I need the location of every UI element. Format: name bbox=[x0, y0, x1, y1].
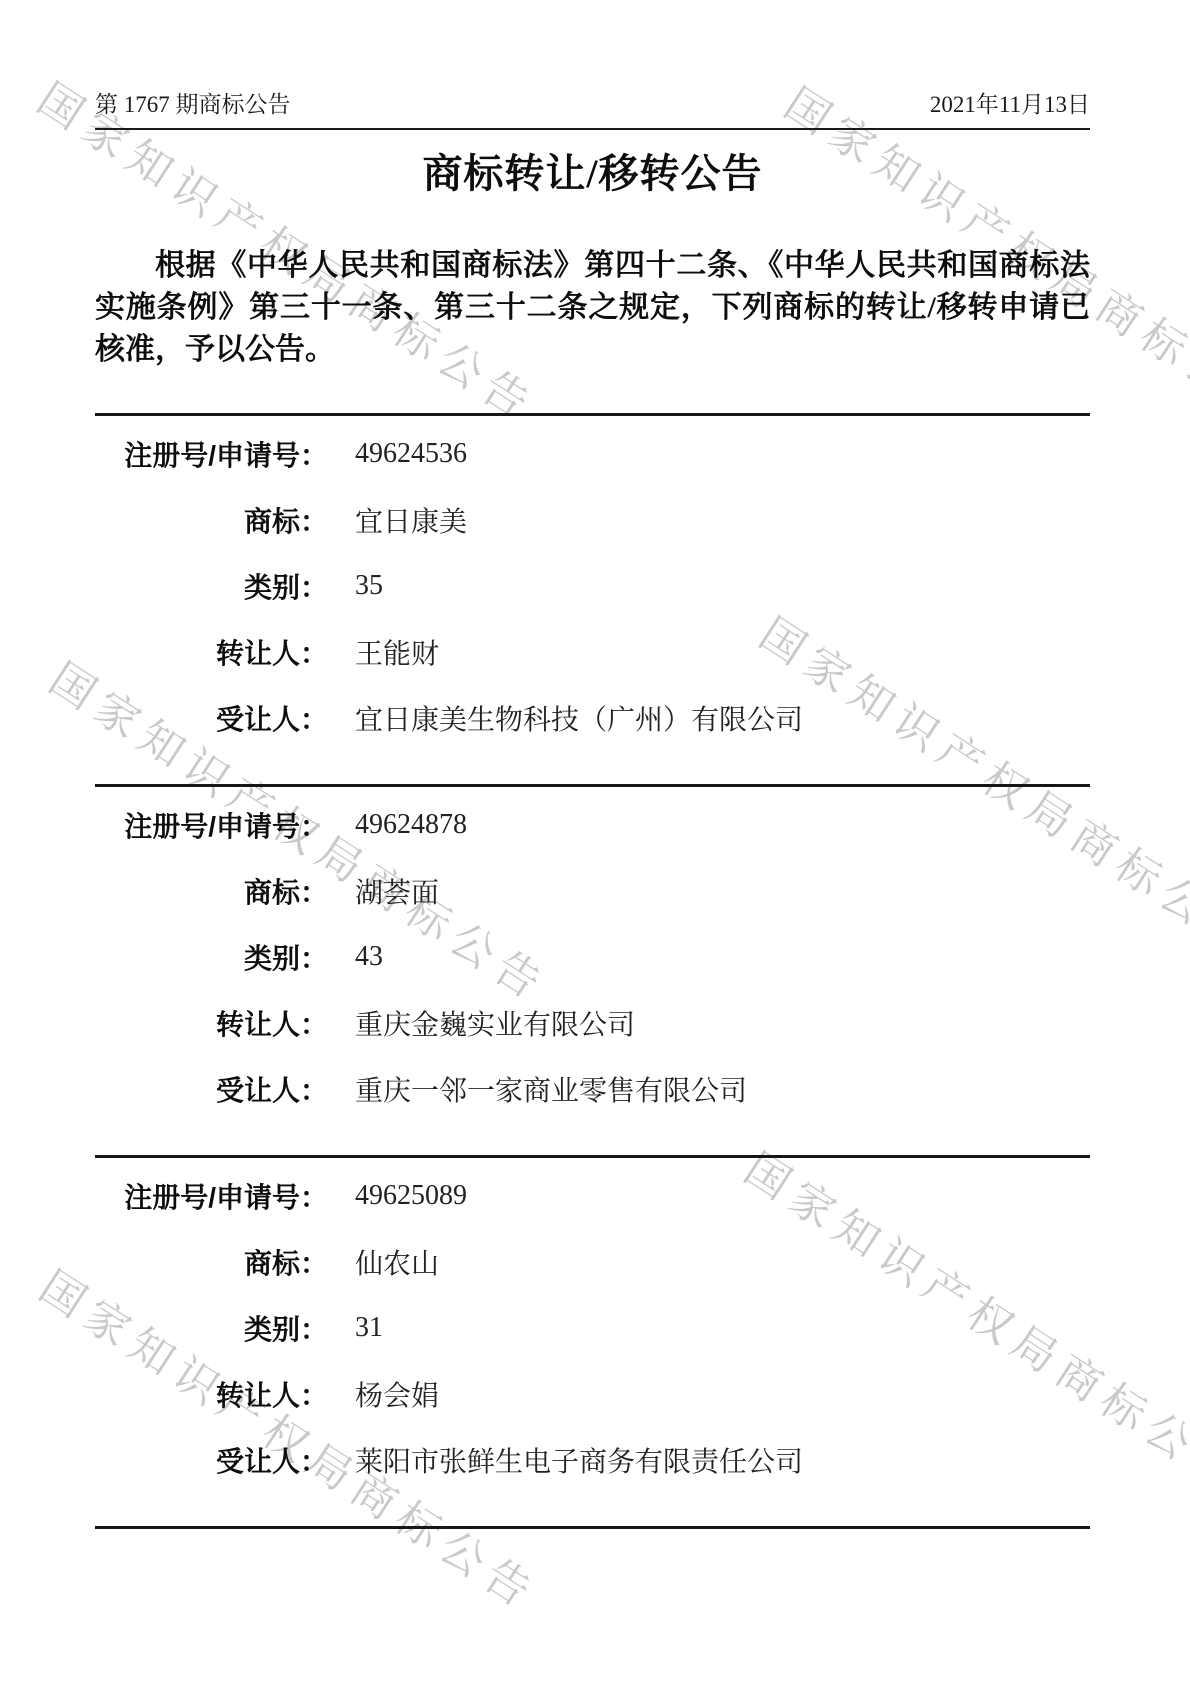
field-label-category: 类别： bbox=[95, 566, 328, 606]
page-header: 第 1767 期商标公告 2021年11月13日 bbox=[95, 0, 1090, 119]
field-label-assignee: 受让人： bbox=[95, 1069, 328, 1109]
field-value-category: 43 bbox=[355, 941, 383, 973]
trademark-record: 注册号/申请号： 49624878 商标： 湖荟面 类别： 43 转让人： 重庆… bbox=[95, 784, 1090, 1122]
field-value-category: 35 bbox=[355, 570, 383, 602]
record-row-trademark: 商标： 宜日康美 bbox=[95, 487, 1090, 553]
page-title: 商标转让/移转公告 bbox=[95, 142, 1090, 199]
field-label-assignor: 转让人： bbox=[95, 1374, 328, 1414]
intro-paragraph: 根据《中华人民共和国商标法》第四十二条、《中华人民共和国商标法实施条例》第三十一… bbox=[95, 245, 1090, 371]
field-label-category: 类别： bbox=[95, 1308, 328, 1348]
field-value-category: 31 bbox=[355, 1312, 383, 1344]
page-date: 2021年11月13日 bbox=[930, 86, 1090, 119]
field-value-assignor: 王能财 bbox=[355, 632, 439, 672]
field-label-reg-no: 注册号/申请号： bbox=[95, 434, 328, 474]
field-label-trademark: 商标： bbox=[95, 1242, 328, 1282]
header-rule bbox=[95, 128, 1090, 130]
document-page: 国家知识产权局商标公告 国家知识产权局商标公告 国家知识产权局商标公告 国家知识… bbox=[0, 0, 1190, 1698]
record-row-assignor: 转让人： 重庆金巍实业有限公司 bbox=[95, 990, 1090, 1056]
field-label-category: 类别： bbox=[95, 937, 328, 977]
record-row-category: 类别： 31 bbox=[95, 1295, 1090, 1361]
field-label-reg-no: 注册号/申请号： bbox=[95, 805, 328, 845]
field-value-assignee: 宜日康美生物科技（广州）有限公司 bbox=[355, 698, 803, 738]
trademark-record: 注册号/申请号： 49625089 商标： 仙农山 类别： 31 转让人： 杨会… bbox=[95, 1155, 1090, 1493]
record-row-assignee: 受让人： 重庆一邻一家商业零售有限公司 bbox=[95, 1056, 1090, 1122]
field-value-assignor: 重庆金巍实业有限公司 bbox=[355, 1003, 635, 1043]
field-label-reg-no: 注册号/申请号： bbox=[95, 1176, 328, 1216]
record-row-reg-no: 注册号/申请号： 49625089 bbox=[95, 1163, 1090, 1229]
record-row-reg-no: 注册号/申请号： 49624536 bbox=[95, 421, 1090, 487]
record-row-category: 类别： 35 bbox=[95, 553, 1090, 619]
page-content: 第 1767 期商标公告 2021年11月13日 商标转让/移转公告 根据《中华… bbox=[0, 0, 1190, 1529]
field-label-assignor: 转让人： bbox=[95, 632, 328, 672]
field-label-trademark: 商标： bbox=[95, 500, 328, 540]
field-value-reg-no: 49624536 bbox=[355, 438, 467, 470]
closing-rule bbox=[95, 1526, 1090, 1529]
field-value-reg-no: 49624878 bbox=[355, 809, 467, 841]
record-row-reg-no: 注册号/申请号： 49624878 bbox=[95, 792, 1090, 858]
records-list: 注册号/申请号： 49624536 商标： 宜日康美 类别： 35 转让人： 王… bbox=[95, 413, 1090, 1529]
record-row-assignee: 受让人： 宜日康美生物科技（广州）有限公司 bbox=[95, 685, 1090, 751]
record-row-assignor: 转让人： 王能财 bbox=[95, 619, 1090, 685]
record-row-category: 类别： 43 bbox=[95, 924, 1090, 990]
field-value-assignee: 重庆一邻一家商业零售有限公司 bbox=[355, 1069, 747, 1109]
field-label-assignee: 受让人： bbox=[95, 698, 328, 738]
field-label-trademark: 商标： bbox=[95, 871, 328, 911]
record-row-trademark: 商标： 湖荟面 bbox=[95, 858, 1090, 924]
field-value-trademark: 仙农山 bbox=[355, 1242, 439, 1282]
issue-number: 第 1767 期商标公告 bbox=[95, 86, 291, 119]
trademark-record: 注册号/申请号： 49624536 商标： 宜日康美 类别： 35 转让人： 王… bbox=[95, 413, 1090, 751]
field-value-assignee: 莱阳市张鲜生电子商务有限责任公司 bbox=[355, 1440, 803, 1480]
record-row-assignor: 转让人： 杨会娟 bbox=[95, 1361, 1090, 1427]
record-row-trademark: 商标： 仙农山 bbox=[95, 1229, 1090, 1295]
field-value-assignor: 杨会娟 bbox=[355, 1374, 439, 1414]
field-label-assignor: 转让人： bbox=[95, 1003, 328, 1043]
field-value-reg-no: 49625089 bbox=[355, 1180, 467, 1212]
field-value-trademark: 宜日康美 bbox=[355, 500, 467, 540]
record-row-assignee: 受让人： 莱阳市张鲜生电子商务有限责任公司 bbox=[95, 1427, 1090, 1493]
field-value-trademark: 湖荟面 bbox=[355, 871, 439, 911]
field-label-assignee: 受让人： bbox=[95, 1440, 328, 1480]
